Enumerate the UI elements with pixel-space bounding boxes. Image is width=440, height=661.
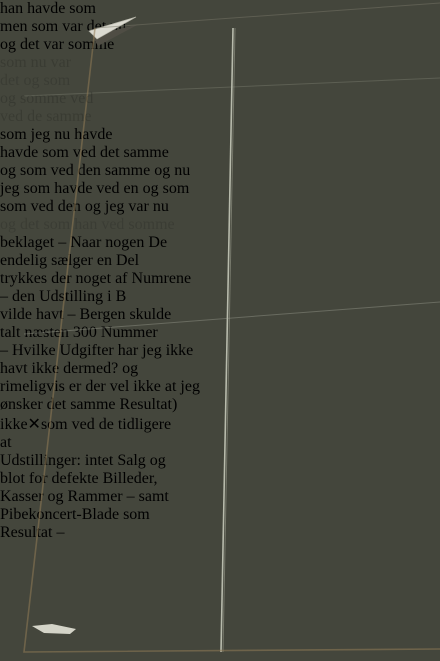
- bleedthrough-line: og det som han ved somme: [0, 216, 440, 234]
- bleedthrough-line: og somme ved: [0, 90, 440, 108]
- letter-sheet: han havde som men som var det nu og det …: [0, 0, 440, 542]
- scanned-letter-page: han havde som men som var det nu og det …: [0, 0, 440, 661]
- bleedthrough-line: som nu var: [0, 54, 440, 72]
- bleedthrough-line: ved de samme: [0, 108, 440, 126]
- bleedthrough-line: det og som: [0, 72, 440, 90]
